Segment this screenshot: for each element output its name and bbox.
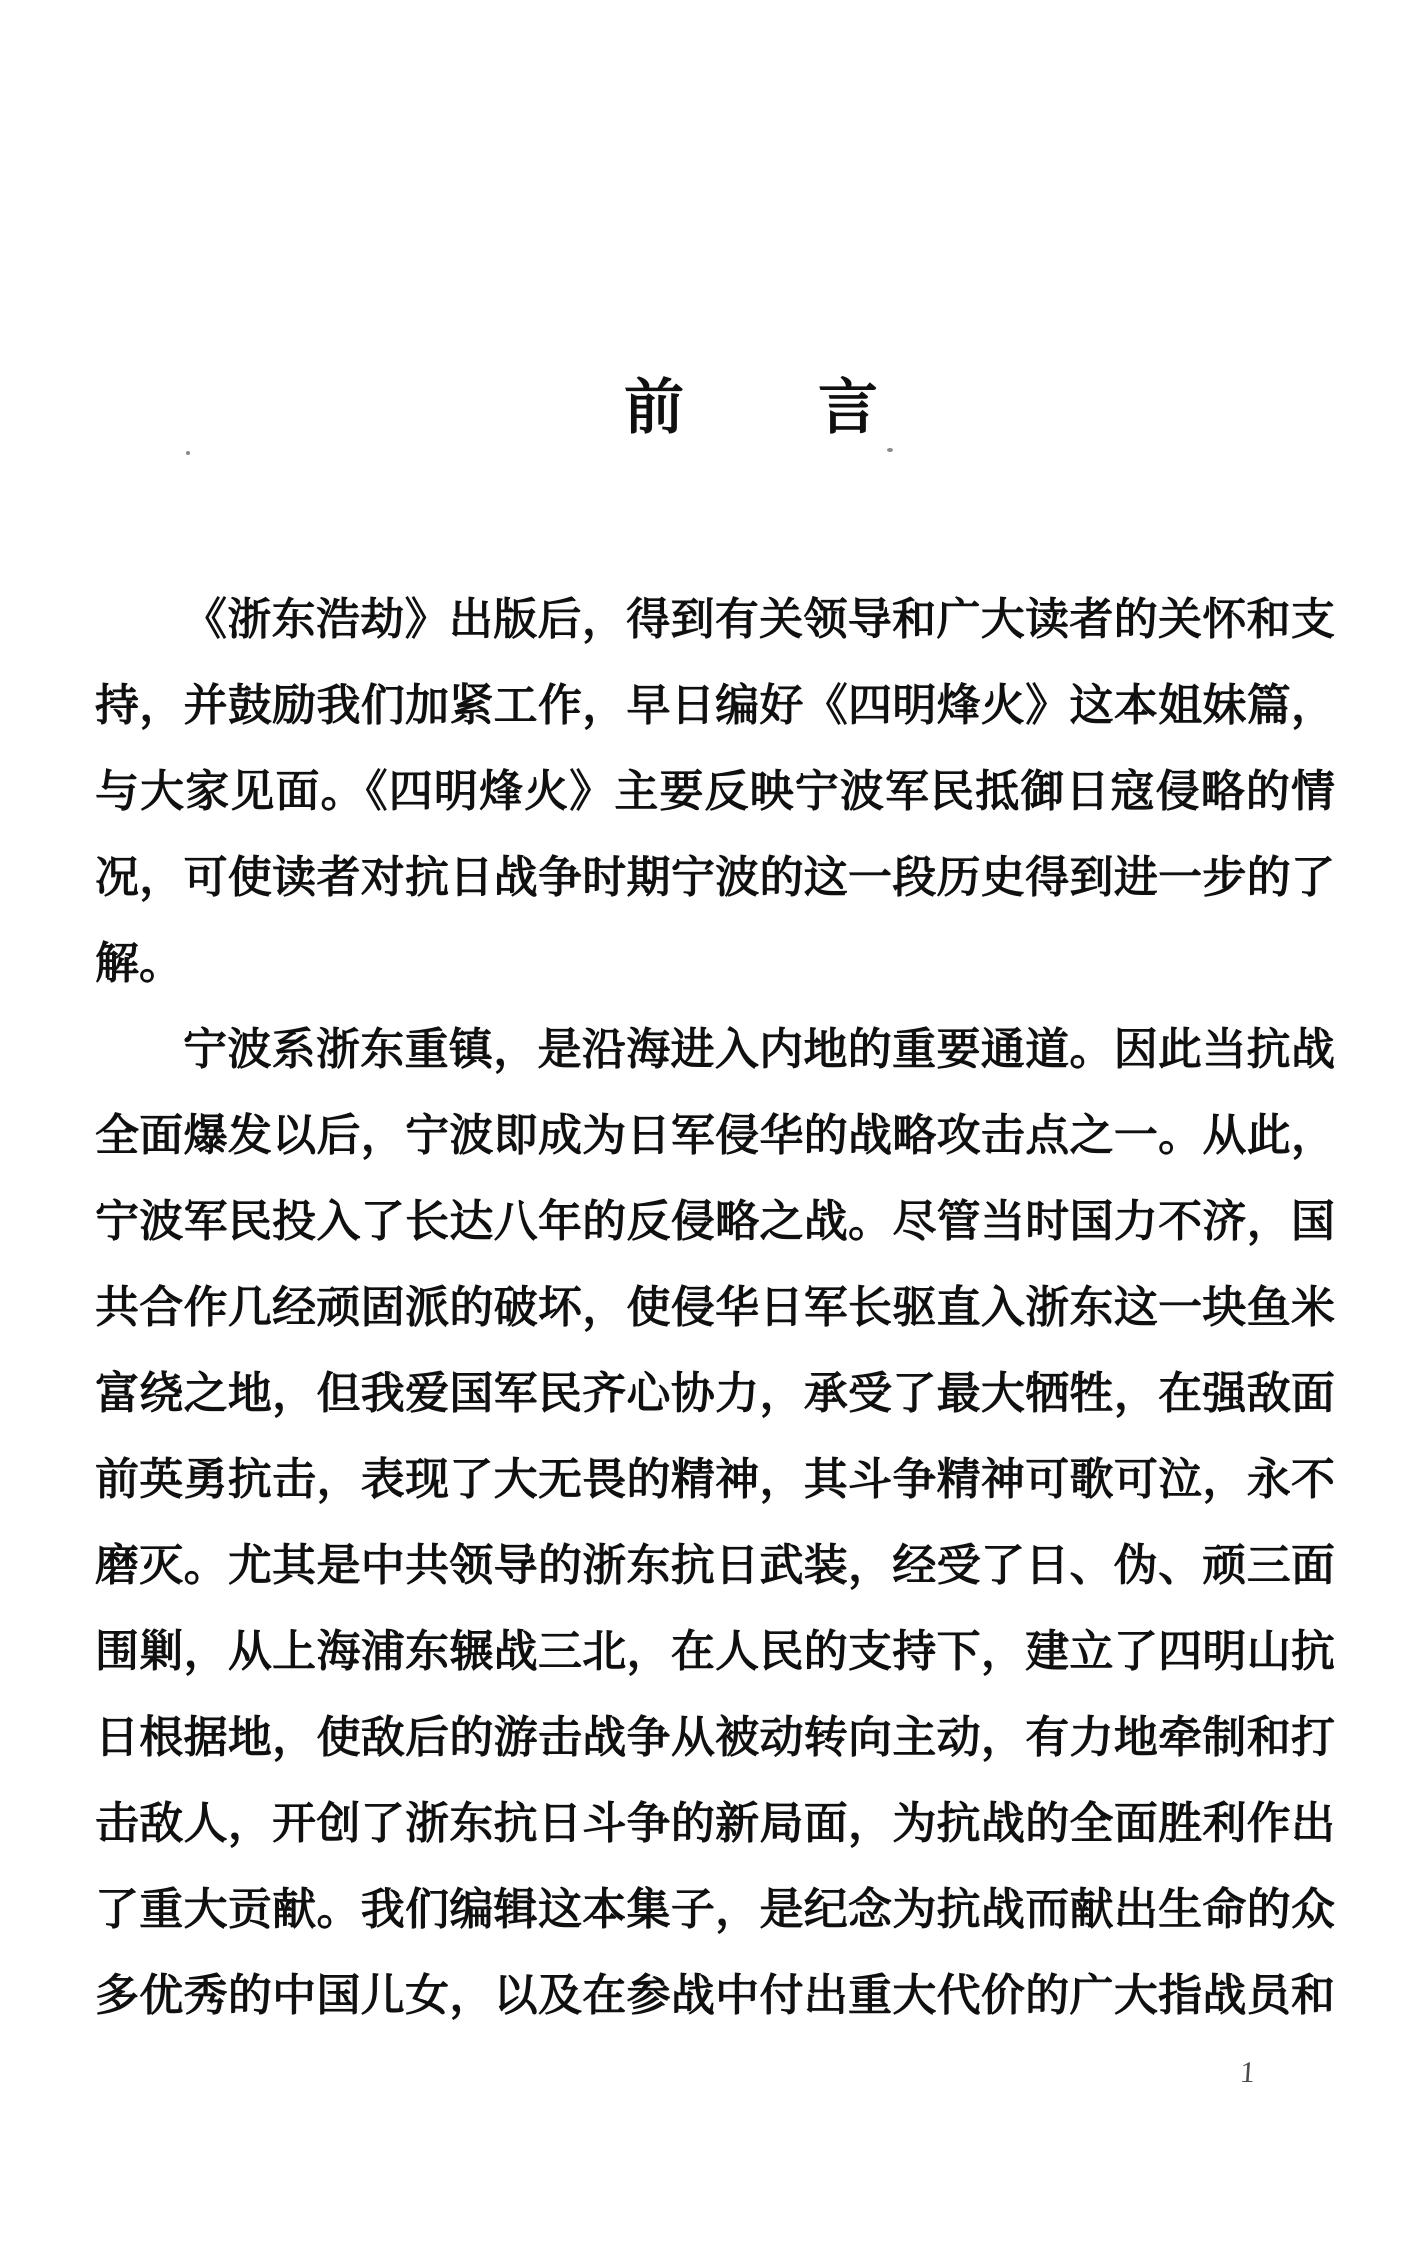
scan-speck (186, 451, 190, 455)
text-line: 宁波系浙东重镇，是沿海进入内地的重要通道。因此当抗战 (95, 1007, 1335, 1093)
text-line: 宁波军民投入了长达八年的反侵略之战。尽管当时国力不济，国 (95, 1179, 1335, 1265)
text-line: 与大家见面。《四明烽火》主要反映宁波军民抵御日寇侵略的情 (95, 749, 1335, 835)
text-line: 围剿，从上海浦东辗战三北，在人民的支持下，建立了四明山抗 (95, 1609, 1335, 1695)
text-line: 磨灭。尤其是中共领导的浙东抗日武装，经受了日、伪、顽三面 (95, 1523, 1335, 1609)
scanned-book-page: 前 言 《浙东浩劫》出版后，得到有关领导和广大读者的关怀和支 持，并鼓励我们加紧… (0, 0, 1428, 2246)
text-line: 了重大贡献。我们编辑这本集子，是纪念为抗战而献出生命的众 (95, 1867, 1335, 1953)
text-line: 日根据地，使敌后的游击战争从被动转向主动，有力地牵制和打 (95, 1695, 1335, 1781)
page-title: 前 言 (37, 378, 1428, 438)
title-char-left: 前 (624, 378, 684, 438)
text-line: 富绕之地，但我爱国军民齐心协力，承受了最大牺牲，在强敌面 (95, 1351, 1335, 1437)
text-line: 共合作几经顽固派的破坏，使侵华日军长驱直入浙东这一块鱼米 (95, 1265, 1335, 1351)
text-line: 前英勇抗击，表现了大无畏的精神，其斗争精神可歌可泣，永不 (95, 1437, 1335, 1523)
text-line: 持，并鼓励我们加紧工作，早日编好《四明烽火》这本姐妹篇， (95, 663, 1335, 749)
text-line: 解。 (95, 921, 1335, 1007)
scan-speck (887, 448, 893, 452)
text-line: 击敌人，开创了浙东抗日斗争的新局面，为抗战的全面胜利作出 (95, 1781, 1335, 1867)
title-char-right: 言 (818, 378, 878, 438)
preface-body: 《浙东浩劫》出版后，得到有关领导和广大读者的关怀和支 持，并鼓励我们加紧工作，早… (95, 577, 1335, 2039)
text-line: 全面爆发以后，宁波即成为日军侵华的战略攻击点之一。从此， (95, 1093, 1335, 1179)
text-line: 多优秀的中国儿女，以及在参战中付出重大代价的广大指战员和 (95, 1953, 1335, 2039)
text-line: 《浙东浩劫》出版后，得到有关领导和广大读者的关怀和支 (95, 577, 1335, 663)
paragraph-1: 《浙东浩劫》出版后，得到有关领导和广大读者的关怀和支 持，并鼓励我们加紧工作，早… (95, 577, 1335, 1007)
page-number: 1 (1239, 2056, 1256, 2090)
text-line: 况，可使读者对抗日战争时期宁波的这一段历史得到进一步的了 (95, 835, 1335, 921)
paragraph-2: 宁波系浙东重镇，是沿海进入内地的重要通道。因此当抗战 全面爆发以后，宁波即成为日… (95, 1007, 1335, 2039)
